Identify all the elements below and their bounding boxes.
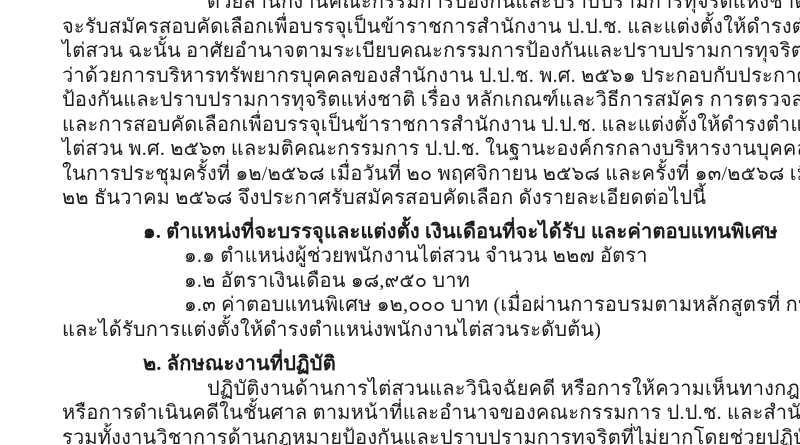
- section2-line: ปฏิบัติงานด้านการไต่สวนและวินิจฉัยคดี หร…: [62, 377, 794, 402]
- intro-line: ด้วยสำนักงานคณะกรรมการป้องกันและปราบปราม…: [62, 0, 794, 15]
- intro-line: ไต่สวน ฉะนั้น อาศัยอำนาจตามระเบียบคณะกรร…: [62, 39, 794, 64]
- intro-line: และการสอบคัดเลือกเพื่อบรรจุเป็นข้าราชการ…: [62, 113, 794, 138]
- document-text-block: ด้วยสำนักงานคณะกรรมการป้องกันและปราบปราม…: [62, 0, 794, 445]
- section1-item-salary: ๑.๒ อัตราเงินเดือน ๑๘,๙๕๐ บาท: [62, 269, 794, 294]
- intro-line: ๒๒ ธันวาคม ๒๕๖๘ จึงประกาศรับสมัครสอบคัดเ…: [62, 186, 794, 211]
- document-page: ด้วยสำนักงานคณะกรรมการป้องกันและปราบปราม…: [0, 0, 800, 445]
- section1-item-position: ๑.๑ ตำแหน่งผู้ช่วยพนักงานไต่สวน จำนวน ๒๒…: [62, 244, 794, 269]
- section2-line: หรือการดำเนินคดีในชั้นศาล ตามหน้าที่และอ…: [62, 401, 794, 426]
- section1-heading: ๑. ตำแหน่งที่จะบรรจุและแต่งตั้ง เงินเดือ…: [62, 220, 794, 245]
- section2-line: รวมทั้งงานวิชาการด้านกฎหมายป้องกันและปรา…: [62, 426, 794, 445]
- section1-item-special-pay: ๑.๓ ค่าตอบแทนพิเศษ ๑๒,๐๐๐ บาท (เมื่อผ่าน…: [62, 293, 794, 318]
- section1-item-special-pay-continuation: และได้รับการแต่งตั้งให้ดำรงตำแหน่งพนักงา…: [62, 318, 794, 343]
- intro-line: ไต่สวน พ.ศ. ๒๕๖๓ และมติคณะกรรมการ ป.ป.ช.…: [62, 137, 794, 162]
- intro-line: ว่าด้วยการบริหารทรัพยากรบุคคลของสำนักงาน…: [62, 64, 794, 89]
- section2-heading: ๒. ลักษณะงานที่ปฏิบัติ: [62, 352, 794, 377]
- intro-line: ในการประชุมครั้งที่ ๑๒/๒๕๖๘ เมื่อวันที่ …: [62, 162, 794, 187]
- intro-line: ป้องกันและปราบปรามการทุจริตแห่งชาติ เรื่…: [62, 88, 794, 113]
- intro-line: จะรับสมัครสอบคัดเลือกเพื่อบรรจุเป็นข้ารา…: [62, 15, 794, 40]
